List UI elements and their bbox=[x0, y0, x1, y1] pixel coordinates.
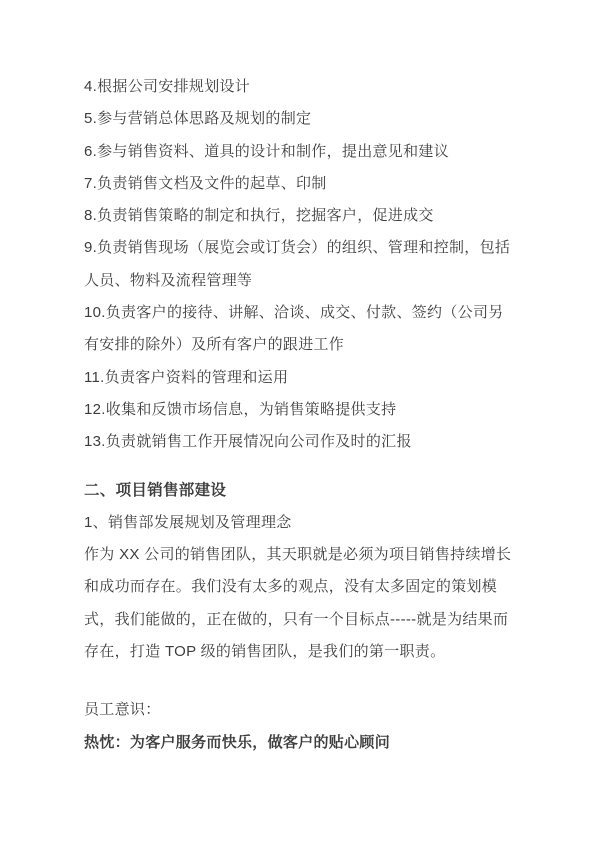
awareness-label: 员工意识： bbox=[84, 694, 516, 726]
document-page: 4.根据公司安排规划设计 5.参与营销总体思路及规划的制定 6.参与销售资料、道… bbox=[0, 0, 600, 848]
duty-item-9: 9.负责销售现场（展览会或订货会）的组织、管理和控制，包括人员、物料及流程管理等 bbox=[84, 232, 516, 297]
duty-item-10: 10.负责客户的接待、讲解、洽谈、成交、付款、签约（公司另有安排的除外）及所有客… bbox=[84, 297, 516, 362]
duty-item-5: 5.参与营销总体思路及规划的制定 bbox=[84, 103, 516, 135]
duty-item-8: 8.负责销售策略的制定和执行，挖掘客户，促进成交 bbox=[84, 200, 516, 232]
duty-item-11: 11.负责客户资料的管理和运用 bbox=[84, 362, 516, 394]
duty-item-13: 13.负责就销售工作开展情况向公司作及时的汇报 bbox=[84, 426, 516, 458]
body-paragraph: 作为 XX 公司的销售团队，其天职就是必须为项目销售持续增长和成功而存在。我们没… bbox=[84, 539, 516, 668]
duty-item-7: 7.负责销售文档及文件的起草、印制 bbox=[84, 168, 516, 200]
awareness-item: 热忱：为客户服务而快乐，做客户的贴心顾问 bbox=[84, 727, 516, 759]
section-heading: 二、项目销售部建设 bbox=[84, 475, 516, 507]
duty-item-12: 12.收集和反馈市场信息，为销售策略提供支持 bbox=[84, 394, 516, 426]
duty-item-4: 4.根据公司安排规划设计 bbox=[84, 71, 516, 103]
duty-item-6: 6.参与销售资料、道具的设计和制作，提出意见和建议 bbox=[84, 136, 516, 168]
subsection-heading: 1、销售部发展规划及管理理念 bbox=[84, 507, 516, 539]
